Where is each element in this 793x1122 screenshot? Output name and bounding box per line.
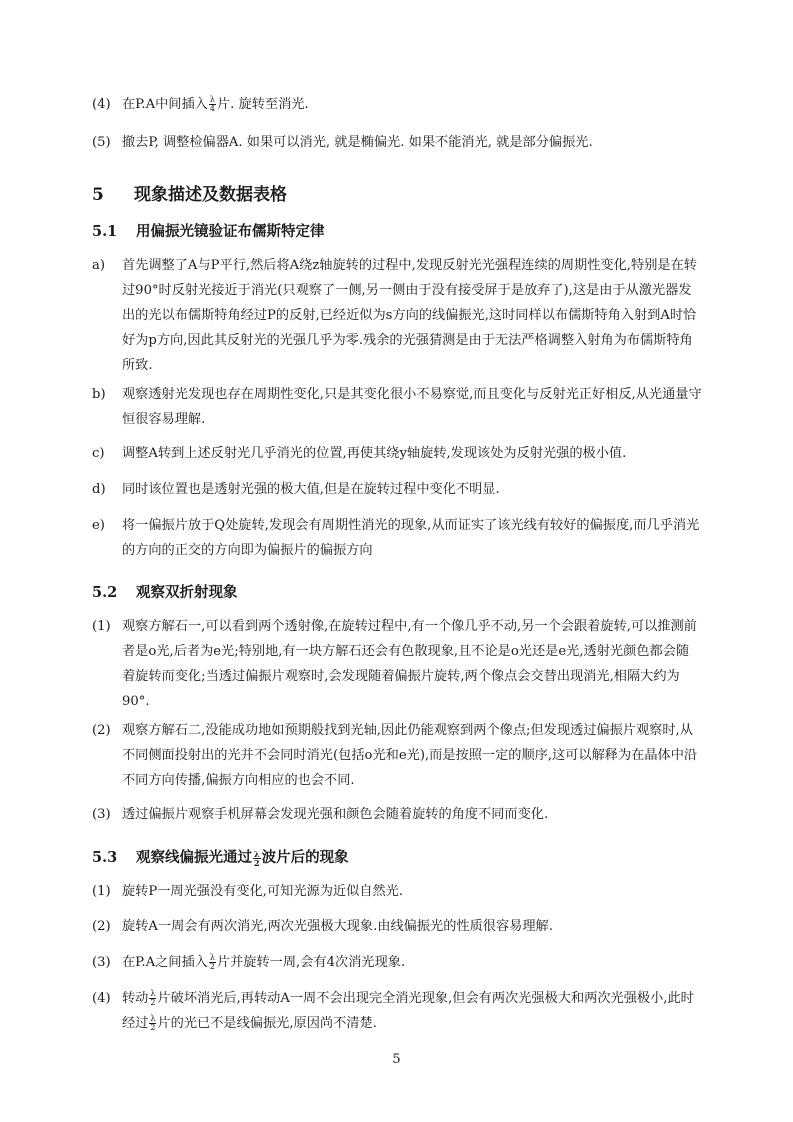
item-text: 观察方解石二,没能成功地如预期般找到光轴,因此仍能观察到两个像点;但发现透过偏振… bbox=[122, 718, 702, 793]
fraction-lambda-2: λ2 bbox=[149, 990, 156, 1007]
list-item: e) 将一偏振片放于Q处旋转,发现会有周期性消光的现象,从而证实了该光线有较好的… bbox=[92, 513, 702, 563]
item-text: 撤去P, 调整检偏器A. 如果可以消光, 就是椭偏光. 如果不能消光, 就是部分… bbox=[122, 130, 702, 155]
fraction-lambda-4: λ4 bbox=[209, 96, 216, 113]
fraction-lambda-2: λ2 bbox=[253, 850, 261, 867]
item-label: d) bbox=[92, 477, 122, 502]
item-text: 旋转A一周会有两次消光,两次光强极大现象.由线偏振光的性质很容易理解. bbox=[122, 914, 702, 939]
section-title: 现象描述及数据表格 bbox=[134, 185, 287, 205]
item-text: 观察透射光发现也存在周期性变化,只是其变化很小不易察觉,而且变化与反射光正好相反… bbox=[122, 382, 702, 432]
list-item: (4) 在P.A中间插入λ4片. 旋转至消光. bbox=[92, 92, 702, 117]
subsection-title: 观察线偏振光通过λ2波片后的现象 bbox=[136, 849, 349, 866]
item-text: 在P.A中间插入λ4片. 旋转至消光. bbox=[122, 92, 702, 117]
section-heading: 5现象描述及数据表格 bbox=[92, 180, 287, 205]
list-item: (1) 旋转P一周光强没有变化,可知光源为近似自然光. bbox=[92, 879, 702, 904]
item-text: 透过偏振片观察手机屏幕会发现光强和颜色会随着旋转的角度不同而变化. bbox=[122, 802, 702, 827]
list-item: (3) 在P.A之间插入λ2片并旋转一周,会有4次消光现象. bbox=[92, 950, 702, 975]
item-label: c) bbox=[92, 441, 122, 466]
item-label: a) bbox=[92, 253, 122, 278]
item-text: 旋转P一周光强没有变化,可知光源为近似自然光. bbox=[122, 879, 702, 904]
list-item: (2) 旋转A一周会有两次消光,两次光强极大现象.由线偏振光的性质很容易理解. bbox=[92, 914, 702, 939]
subsection-heading: 5.2观察双折射现象 bbox=[92, 581, 238, 602]
fraction-lambda-2: λ2 bbox=[149, 1015, 156, 1032]
item-label: b) bbox=[92, 382, 122, 407]
list-item: (3) 透过偏振片观察手机屏幕会发现光强和颜色会随着旋转的角度不同而变化. bbox=[92, 802, 702, 827]
list-item: a) 首先调整了A与P平行,然后将A绕z轴旋转的过程中,发现反射光光强程连续的周… bbox=[92, 253, 702, 378]
subsection-heading: 5.3观察线偏振光通过λ2波片后的现象 bbox=[92, 846, 349, 867]
section-number: 5 bbox=[92, 185, 134, 205]
item-text: 将一偏振片放于Q处旋转,发现会有周期性消光的现象,从而证实了该光线有较好的偏振度… bbox=[122, 513, 702, 563]
item-label: (2) bbox=[92, 718, 122, 743]
list-item: (1) 观察方解石一,可以看到两个透射像,在旋转过程中,有一个像几乎不动,另一个… bbox=[92, 614, 702, 714]
fraction-lambda-2: λ2 bbox=[209, 954, 216, 971]
subsection-number: 5.1 bbox=[92, 223, 136, 240]
item-label: (4) bbox=[92, 986, 122, 1011]
list-item: d) 同时该位置也是透射光强的极大值,但是在旋转过程中变化不明显. bbox=[92, 477, 702, 502]
item-label: (5) bbox=[92, 130, 122, 155]
item-label: (2) bbox=[92, 914, 122, 939]
list-item: (5) 撤去P, 调整检偏器A. 如果可以消光, 就是椭偏光. 如果不能消光, … bbox=[92, 130, 702, 155]
item-label: (3) bbox=[92, 802, 122, 827]
subsection-title: 用偏振光镜验证布儒斯特定律 bbox=[136, 223, 325, 240]
item-label: (3) bbox=[92, 950, 122, 975]
subsection-number: 5.3 bbox=[92, 849, 136, 866]
document-page: (4) 在P.A中间插入λ4片. 旋转至消光. (5) 撤去P, 调整检偏器A.… bbox=[0, 0, 793, 1122]
subsection-title: 观察双折射现象 bbox=[136, 584, 238, 601]
item-text: 调整A转到上述反射光几乎消光的位置,再使其绕y轴旋转,发现该处为反射光强的极小值… bbox=[122, 441, 702, 466]
item-text: 观察方解石一,可以看到两个透射像,在旋转过程中,有一个像几乎不动,另一个会跟着旋… bbox=[122, 614, 702, 714]
list-item: (4) 转动λ2片破坏消光后,再转动A一周不会出现完全消光现象,但会有两次光强极… bbox=[92, 986, 702, 1036]
subsection-number: 5.2 bbox=[92, 584, 136, 601]
item-text: 在P.A之间插入λ2片并旋转一周,会有4次消光现象. bbox=[122, 950, 702, 975]
list-item: b) 观察透射光发现也存在周期性变化,只是其变化很小不易察觉,而且变化与反射光正… bbox=[92, 382, 702, 432]
page-number: 5 bbox=[0, 1052, 793, 1067]
subsection-heading: 5.1用偏振光镜验证布儒斯特定律 bbox=[92, 220, 325, 241]
item-label: (4) bbox=[92, 92, 122, 117]
item-text: 同时该位置也是透射光强的极大值,但是在旋转过程中变化不明显. bbox=[122, 477, 702, 502]
item-text: 首先调整了A与P平行,然后将A绕z轴旋转的过程中,发现反射光光强程连续的周期性变… bbox=[122, 253, 702, 378]
item-label: (1) bbox=[92, 614, 122, 639]
list-item: c) 调整A转到上述反射光几乎消光的位置,再使其绕y轴旋转,发现该处为反射光强的… bbox=[92, 441, 702, 466]
item-text: 转动λ2片破坏消光后,再转动A一周不会出现完全消光现象,但会有两次光强极大和两次… bbox=[122, 986, 702, 1036]
item-label: (1) bbox=[92, 879, 122, 904]
list-item: (2) 观察方解石二,没能成功地如预期般找到光轴,因此仍能观察到两个像点;但发现… bbox=[92, 718, 702, 793]
item-label: e) bbox=[92, 513, 122, 538]
